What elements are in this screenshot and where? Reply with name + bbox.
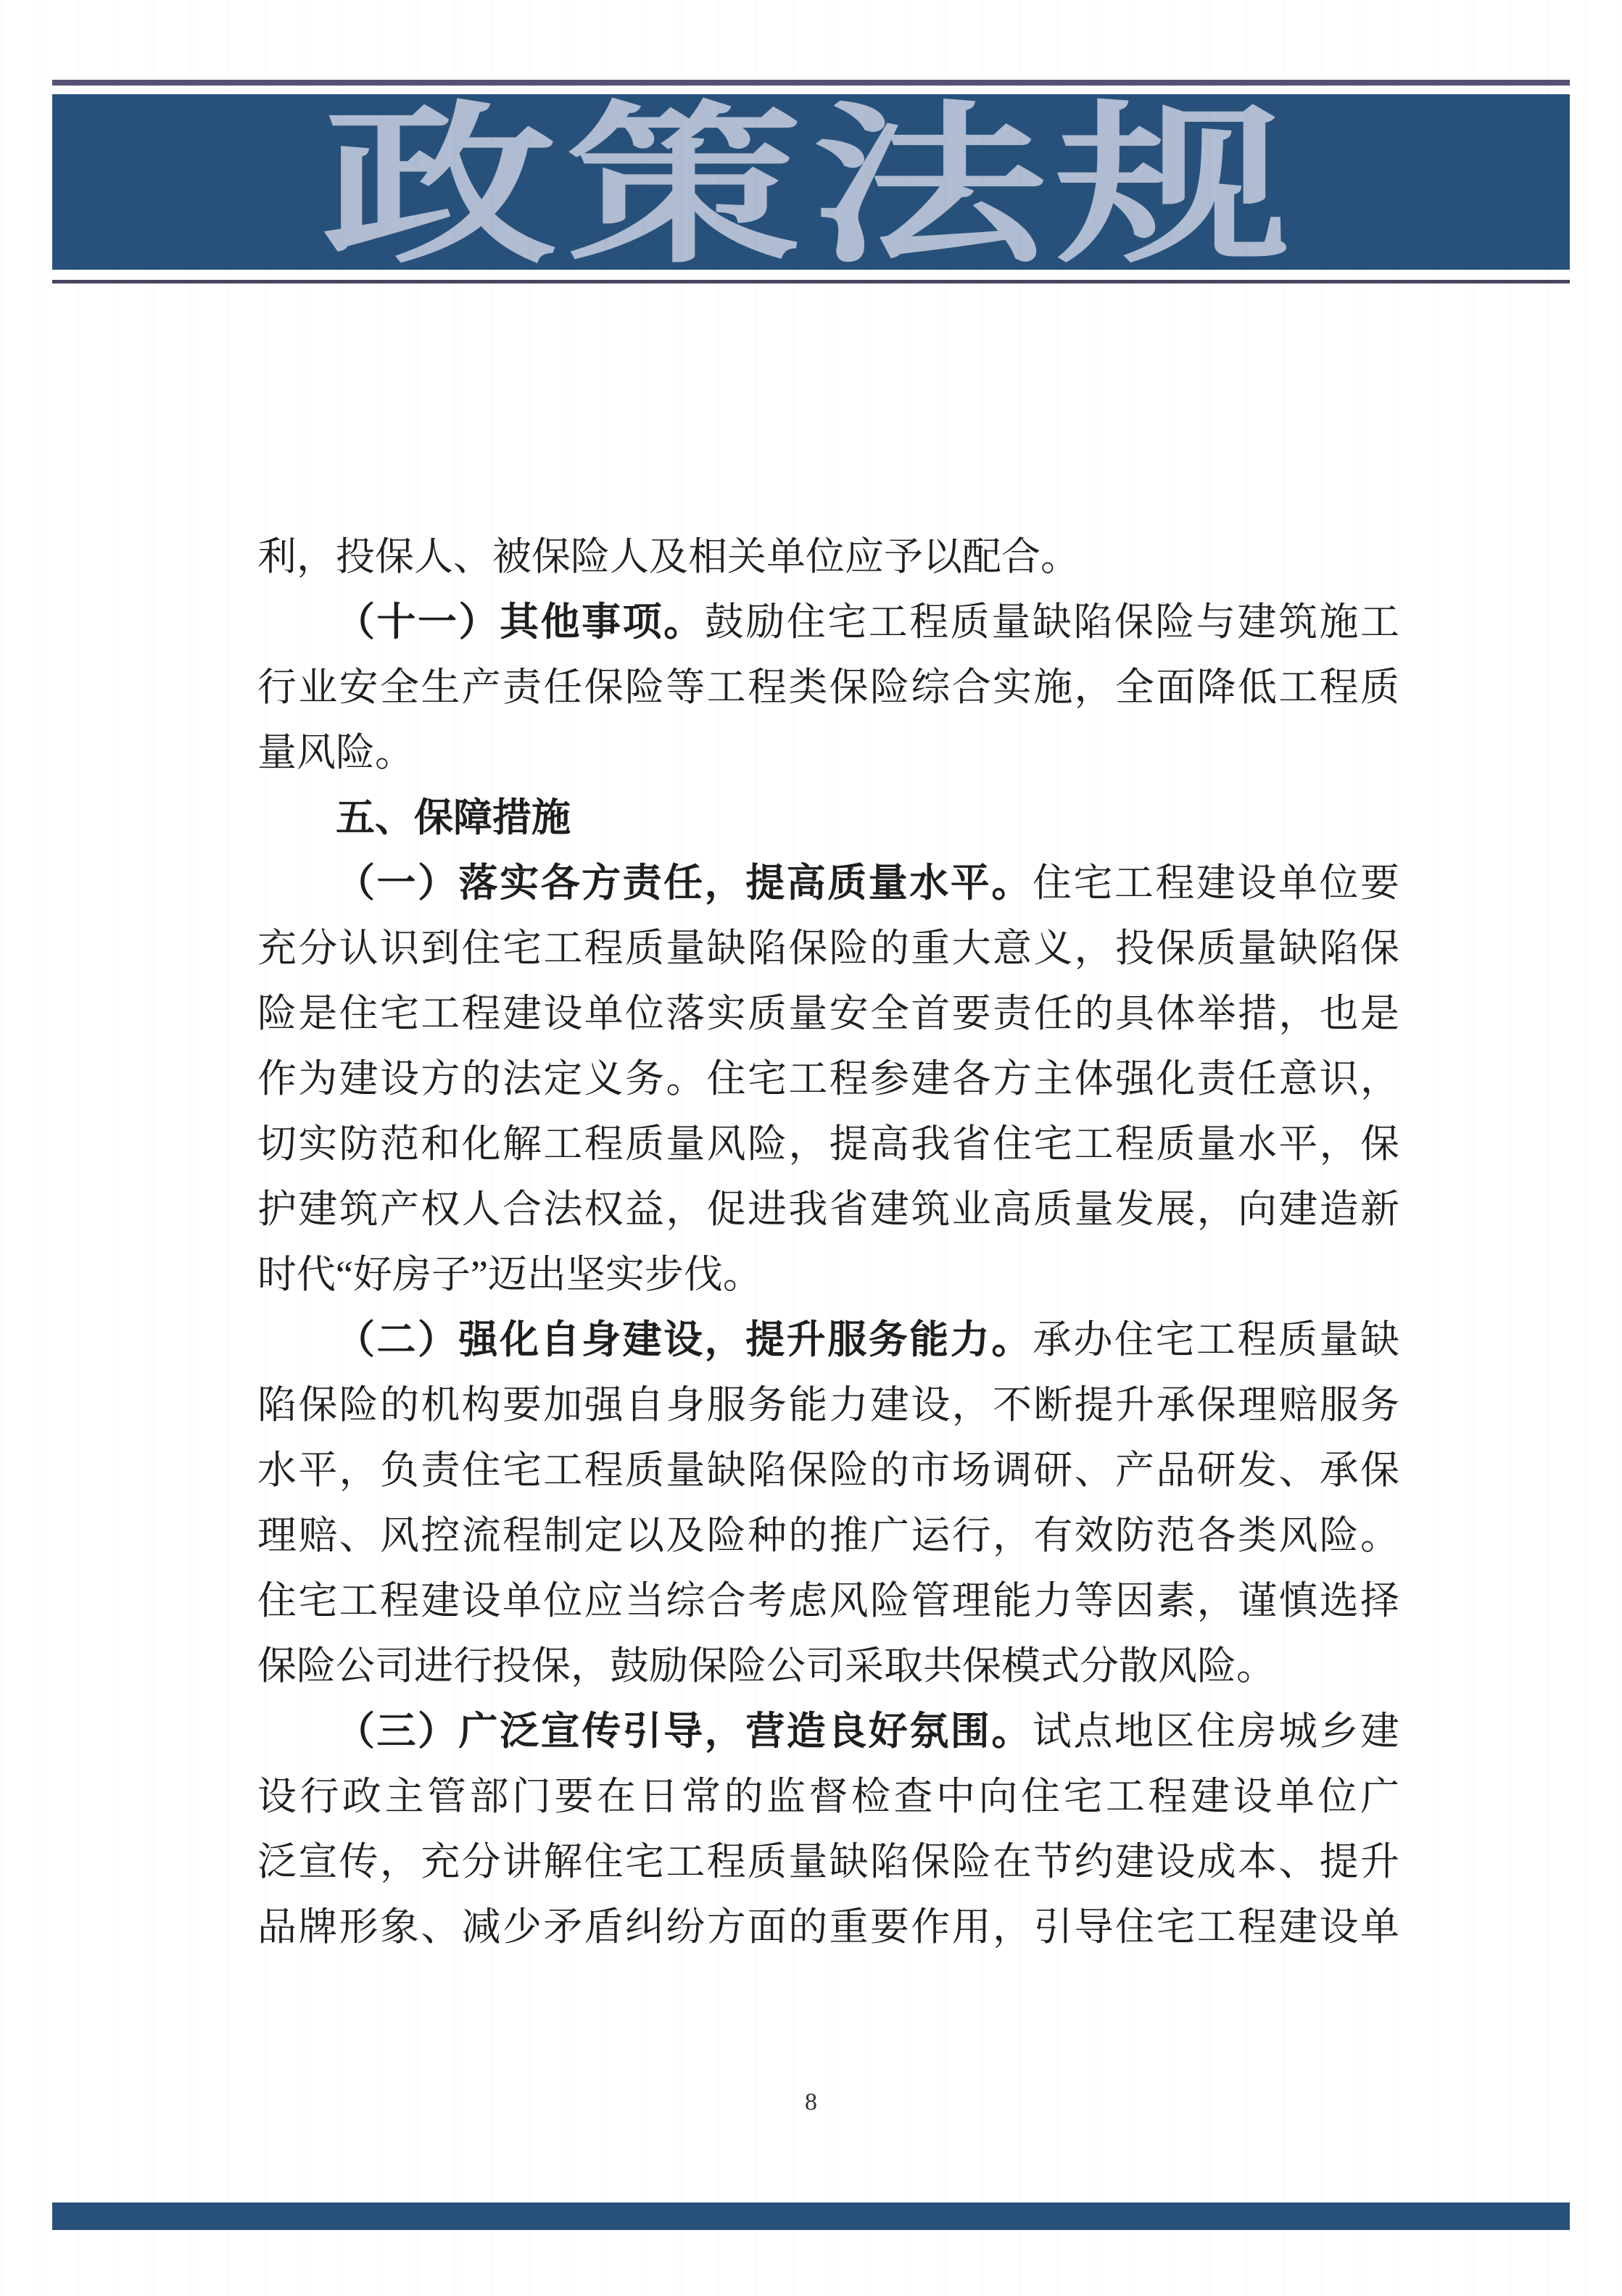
- line-bold-lead: 五、保障措施: [336, 796, 571, 840]
- line-text: 试点地区住房城乡建: [1033, 1709, 1399, 1753]
- line-text: 作为建设方的法定义务。住宅工程参建各方主体强化责任意识，: [257, 1057, 1399, 1101]
- footer-bar: [52, 2202, 1570, 2230]
- line-text: 保险公司进行投保，鼓励保险公司采取共保模式分散风险。: [257, 1644, 1275, 1688]
- body-line: 设行政主管部门要在日常的监督检查中向住宅工程建设单位广: [257, 1764, 1399, 1829]
- line-text: 护建筑产权人合法权益，促进我省建筑业高质量发展，向建造新: [257, 1188, 1399, 1231]
- line-bold-lead: （一）落实各方责任，提高质量水平。: [336, 861, 1033, 905]
- body-line: 保险公司进行投保，鼓励保险公司采取共保模式分散风险。: [257, 1633, 1399, 1699]
- line-text: 时代“好房子”迈出坚实步伐。: [257, 1253, 762, 1296]
- below-banner-rule: [52, 280, 1570, 283]
- header-banner: 政策法规: [52, 94, 1570, 270]
- body-line: （三）广泛宣传引导，营造良好氛围。试点地区住房城乡建: [257, 1699, 1399, 1764]
- body-line: （十一）其他事项。鼓励住宅工程质量缺陷保险与建筑施工: [257, 589, 1399, 655]
- line-bold-lead: （二）强化自身建设，提升服务能力。: [336, 1318, 1033, 1362]
- body-line: 陷保险的机构要加强自身服务能力建设，不断提升承保理赔服务: [257, 1372, 1399, 1438]
- body-line: 护建筑产权人合法权益，促进我省建筑业高质量发展，向建造新: [257, 1177, 1399, 1242]
- body-line: 理赔、风控流程制定以及险种的推广运行，有效防范各类风险。: [257, 1503, 1399, 1568]
- body-line: 品牌形象、减少矛盾纠纷方面的重要作用，引导住宅工程建设单: [257, 1894, 1399, 1960]
- line-text: 住宅工程建设单位应当综合考虑风险管理能力等因素，谨慎选择: [257, 1579, 1399, 1622]
- body-line: 水平，负责住宅工程质量缺陷保险的市场调研、产品研发、承保: [257, 1438, 1399, 1503]
- line-text: 量风险。: [257, 731, 414, 774]
- line-text: 利，投保人、被保险人及相关单位应予以配合。: [257, 535, 1080, 579]
- line-text: 住宅工程建设单位要: [1033, 861, 1399, 905]
- line-text: 设行政主管部门要在日常的监督检查中向住宅工程建设单位广: [257, 1775, 1399, 1818]
- body-line: 住宅工程建设单位应当综合考虑风险管理能力等因素，谨慎选择: [257, 1568, 1399, 1633]
- line-text: 承办住宅工程质量缺: [1033, 1318, 1399, 1362]
- top-divider-rule: [52, 80, 1570, 86]
- line-text: 泛宣传，充分讲解住宅工程质量缺陷保险在节约建设成本、提升: [257, 1840, 1399, 1883]
- body-line: 充分认识到住宅工程质量缺陷保险的重大意义，投保质量缺陷保: [257, 916, 1399, 981]
- body-line: 利，投保人、被保险人及相关单位应予以配合。: [257, 524, 1399, 589]
- line-text: 行业安全生产责任保险等工程类保险综合实施，全面降低工程质: [257, 666, 1399, 709]
- body-line: 作为建设方的法定义务。住宅工程参建各方主体强化责任意识，: [257, 1046, 1399, 1111]
- line-text: 鼓励住宅工程质量缺陷保险与建筑施工: [705, 600, 1399, 644]
- line-bold-lead: （十一）其他事项。: [336, 600, 705, 644]
- document-page: 政策法规 利，投保人、被保险人及相关单位应予以配合。 （十一）其他事项。鼓励住宅…: [0, 0, 1622, 2296]
- line-text: 切实防范和化解工程质量风险，提高我省住宅工程质量水平，保: [257, 1122, 1399, 1166]
- line-text: 品牌形象、减少矛盾纠纷方面的重要作用，引导住宅工程建设单: [257, 1905, 1399, 1949]
- page-number: 8: [52, 2088, 1570, 2117]
- line-text: 充分认识到住宅工程质量缺陷保险的重大意义，投保质量缺陷保: [257, 927, 1399, 970]
- body-line: （二）强化自身建设，提升服务能力。承办住宅工程质量缺: [257, 1307, 1399, 1372]
- body-line: 行业安全生产责任保险等工程类保险综合实施，全面降低工程质: [257, 655, 1399, 720]
- line-text: 水平，负责住宅工程质量缺陷保险的市场调研、产品研发、承保: [257, 1449, 1399, 1492]
- line-text: 险是住宅工程建设单位落实质量安全首要责任的具体举措，也是: [257, 992, 1399, 1035]
- section-heading: 五、保障措施: [257, 785, 1399, 850]
- body-line: 时代“好房子”迈出坚实步伐。: [257, 1242, 1399, 1307]
- body-line: 量风险。: [257, 720, 1399, 785]
- line-text: 理赔、风控流程制定以及险种的推广运行，有效防范各类风险。: [257, 1514, 1399, 1557]
- body-line: （一）落实各方责任，提高质量水平。住宅工程建设单位要: [257, 850, 1399, 916]
- line-text: 陷保险的机构要加强自身服务能力建设，不断提升承保理赔服务: [257, 1383, 1399, 1427]
- document-body: 利，投保人、被保险人及相关单位应予以配合。 （十一）其他事项。鼓励住宅工程质量缺…: [257, 524, 1399, 1960]
- body-line: 泛宣传，充分讲解住宅工程质量缺陷保险在节约建设成本、提升: [257, 1829, 1399, 1894]
- banner-title: 政策法规: [322, 101, 1300, 273]
- body-line: 切实防范和化解工程质量风险，提高我省住宅工程质量水平，保: [257, 1111, 1399, 1177]
- line-bold-lead: （三）广泛宣传引导，营造良好氛围。: [336, 1709, 1033, 1753]
- body-line: 险是住宅工程建设单位落实质量安全首要责任的具体举措，也是: [257, 981, 1399, 1046]
